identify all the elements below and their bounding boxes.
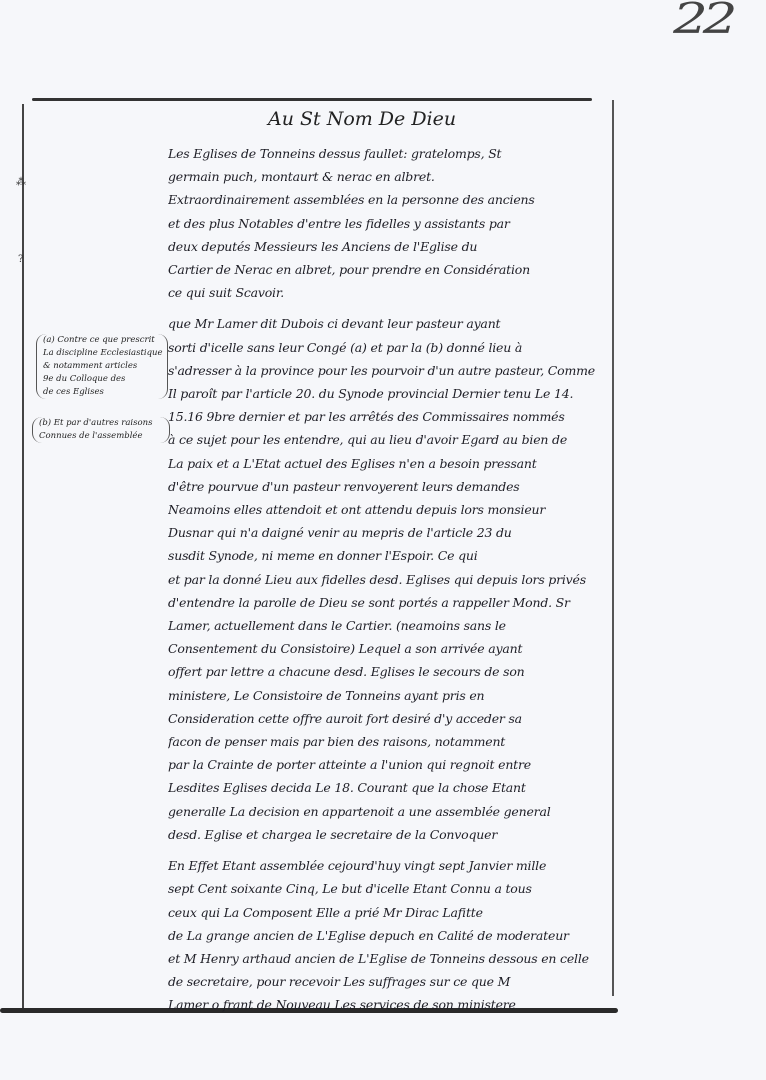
text-line: Dusnar qui n'a daigné venir au mepris de… bbox=[168, 521, 598, 544]
document-title: Au St Nom De Dieu bbox=[268, 108, 456, 130]
margin-note-line: & notamment articles bbox=[43, 360, 161, 373]
margin-note-line: 9e du Colloque des bbox=[43, 373, 161, 386]
text-line: susdit Synode, ni meme en donner l'Espoi… bbox=[168, 544, 598, 567]
margin-note-b: (b) Et par d'autres raisons Connues de l… bbox=[32, 417, 170, 443]
text-line: Consentement du Consistoire) Lequel a so… bbox=[168, 637, 598, 660]
text-line: sorti d'icelle sans leur Congé (a) et pa… bbox=[168, 336, 598, 359]
text-line: par la Crainte de porter atteinte a l'un… bbox=[168, 753, 598, 776]
text-line: Lamer o frant de Nouveau Les services de… bbox=[168, 993, 598, 1016]
text-line: offert par lettre a chacune desd. Eglise… bbox=[168, 660, 598, 683]
text-line: de La grange ancien de L'Eglise depuch e… bbox=[168, 924, 598, 947]
text-line: de secretaire, pour recevoir Les suffrag… bbox=[168, 970, 598, 993]
text-line: Neamoins elles attendoit et ont attendu … bbox=[168, 498, 598, 521]
text-line: Lamer, actuellement dans le Cartier. (ne… bbox=[168, 614, 598, 637]
frame-top-edge bbox=[32, 98, 592, 101]
text-line: et par la donné Lieu aux fidelles desd. … bbox=[168, 568, 598, 591]
text-line: generalle La decision en appartenoit a u… bbox=[168, 800, 598, 823]
margin-note-line: de ces Eglises bbox=[43, 386, 161, 399]
text-line: d'entendre la parolle de Dieu se sont po… bbox=[168, 591, 598, 614]
text-line: Il paroît par l'article 20. du Synode pr… bbox=[168, 382, 598, 405]
text-line: Cartier de Nerac en albret, pour prendre… bbox=[168, 258, 598, 281]
text-line: La paix et a L'Etat actuel des Eglises n… bbox=[168, 452, 598, 475]
text-line: Les Eglises de Tonneins dessus faullet: … bbox=[168, 142, 598, 165]
text-line: à ce sujet pour les entendre, qui au lie… bbox=[168, 428, 598, 451]
text-line: ceux qui La Composent Elle a prié Mr Dir… bbox=[168, 901, 598, 924]
margin-note-line: (b) Et par d'autres raisons bbox=[39, 417, 163, 430]
frame-right-edge bbox=[612, 100, 614, 996]
margin-note-line: Connues de l'assemblée bbox=[39, 430, 163, 443]
text-line: desd. Eglise et chargea le secretaire de… bbox=[168, 823, 598, 846]
margin-note-line: (a) Contre ce que prescrit bbox=[43, 334, 161, 347]
document-body: Les Eglises de Tonneins dessus faullet: … bbox=[168, 142, 598, 1017]
text-line: et M Henry arthaud ancien de L'Eglise de… bbox=[168, 947, 598, 970]
text-line: Extraordinairement assemblées en la pers… bbox=[168, 188, 598, 211]
folio-number: 22 bbox=[673, 0, 732, 43]
text-line: En Effet Etant assemblée cejourd'huy vin… bbox=[168, 854, 598, 877]
text-line: 15.16 9bre dernier et par les arrêtés de… bbox=[168, 405, 598, 428]
text-line: germain puch, montaurt & nerac en albret… bbox=[168, 165, 598, 188]
text-line: facon de penser mais par bien des raison… bbox=[168, 730, 598, 753]
text-line: d'être pourvue d'un pasteur renvoyerent … bbox=[168, 475, 598, 498]
margin-note-a: (a) Contre ce que prescrit La discipline… bbox=[36, 334, 168, 399]
text-line: Lesdites Eglises decida Le 18. Courant q… bbox=[168, 776, 598, 799]
text-line: et des plus Notables d'entre les fidelle… bbox=[168, 212, 598, 235]
text-line: s'adresser à la province pour les pourvo… bbox=[168, 359, 598, 382]
margin-note-line: La discipline Ecclesiastique bbox=[43, 347, 161, 360]
stray-mark: ? bbox=[18, 254, 23, 265]
stray-mark: ⁂ bbox=[16, 177, 26, 188]
text-line: Consideration cette offre auroit fort de… bbox=[168, 707, 598, 730]
text-line: que Mr Lamer dit Dubois ci devant leur p… bbox=[168, 312, 598, 335]
text-line: sept Cent soixante Cinq, Le but d'icelle… bbox=[168, 877, 598, 900]
text-line: deux deputés Messieurs les Anciens de l'… bbox=[168, 235, 598, 258]
text-line: ministere, Le Consistoire de Tonneins ay… bbox=[168, 684, 598, 707]
text-line: ce qui suit Scavoir. bbox=[168, 281, 598, 304]
frame-left-edge bbox=[22, 104, 24, 1010]
